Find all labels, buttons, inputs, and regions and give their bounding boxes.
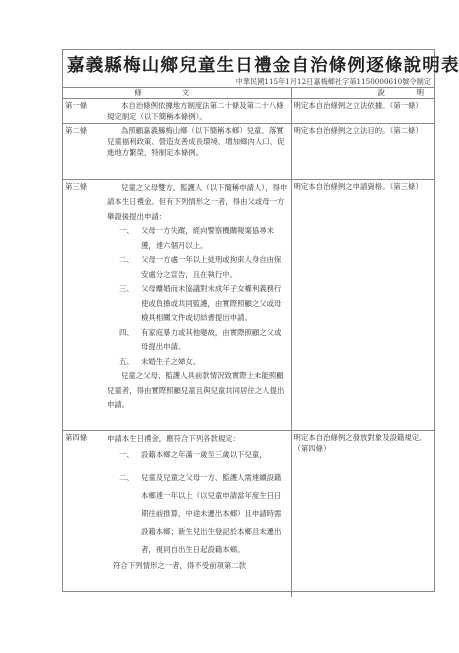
list-item: 二、兒童及兒童之父母一方、監護人需連續設籍本鄉達一年以上（以兒童申請當年度生日日… (107, 469, 289, 559)
article-intro: 兒童之父母雙方、監護人（以下簡稱申請人），得申請本生日禮金。但有下列情形之一者，… (65, 181, 289, 225)
table-row: 第一條 本自治條例依據地方制度法第二十條及第二十八條規定制定（以下簡稱本條例）。… (63, 99, 434, 124)
document-title: 嘉義縣梅山鄉兒童生日禮金自治條例逐條說明表 (63, 50, 434, 76)
explanation-cell: 明定本自治條例之申請資格。（第三條） (291, 179, 434, 430)
article-closing: 符合下列情形之一者，得不受前項第二款 (107, 559, 289, 573)
article-intro: 申請本生日禮金，應符合下列各款規定： (107, 432, 289, 447)
explanation-cell: 明定本自治條例之發放對象及設籍規定。（第四條） (291, 430, 434, 597)
article-text: 為照顧嘉義縣梅山鄉（以下簡稱本鄉）兒童、落實兒童福利政策、營造友善成長環境、增加… (65, 125, 289, 159)
list-item: 一、設籍本鄉之年滿一歲至三歲以下兒童， (107, 446, 289, 464)
article-cell: 第四條 申請本生日禮金，應符合下列各款規定： 一、設籍本鄉之年滿一歲至三歲以下兒… (63, 430, 291, 597)
table-row: 第三條 兒童之父母雙方、監護人（以下簡稱申請人），得申請本生日禮金。但有下列情形… (63, 179, 434, 430)
list-item: 五、未婚生子之婦女。 (107, 355, 289, 370)
document-page: 嘉義縣梅山鄉兒童生日禮金自治條例逐條說明表 中華民國115年1月12日嘉梅鄉社字… (62, 49, 435, 592)
table-row: 第二條 為照顧嘉義縣梅山鄉（以下簡稱本鄉）兒童、落實兒童福利政策、營造友善成長環… (63, 123, 434, 179)
header-explanation: 說 明 (291, 88, 434, 99)
list-item: 一、父母一方失蹤，經向警察機關報案協尋未獲，達六個月以上。 (107, 224, 289, 253)
explanation-cell: 明定本自治條例之立法依據。（第一條） (291, 99, 434, 124)
article-text: 本自治條例依據地方制度法第二十條及第二十八條規定制定（以下簡稱本條例）。 (65, 100, 289, 123)
article-cell: 第三條 兒童之父母雙方、監護人（以下簡稱申請人），得申請本生日禮金。但有下列情形… (63, 179, 291, 430)
header-article: 條 文 (63, 88, 291, 99)
list-item: 二、父母一方處一年以上徒刑或拘束人身自由保安處分之宣告，且在執行中。 (107, 253, 289, 282)
table-header: 條 文 說 明 (63, 88, 434, 99)
document-subtitle: 中華民國115年1月12日嘉梅鄉社字第1150000610號令制定 (63, 76, 434, 87)
article-cell: 第二條 為照顧嘉義縣梅山鄉（以下簡稱本鄉）兒童、落實兒童福利政策、營造友善成長環… (63, 123, 291, 179)
list-item: 三、父母離婚而未協議對未成年子女權利義務行使或負擔或共同監護，由實際照顧之父或母… (107, 282, 289, 326)
articles-table: 條 文 說 明 第一條 本自治條例依據地方制度法第二十條及第二十八條規定制定（以… (63, 87, 434, 597)
list-item: 四、有家庭暴力或其他變故，由實際照顧之父或母提出申請。 (107, 326, 289, 355)
table-row: 第四條 申請本生日禮金，應符合下列各款規定： 一、設籍本鄉之年滿一歲至三歲以下兒… (63, 430, 434, 597)
article-closing: 兒童之父母、監護人具前款情況致實際上未能照顧兒童者，得由實際照顧兒童且與兒童共同… (65, 369, 289, 413)
explanation-cell: 明定本自治條例之立法目的。（第二條） (291, 123, 434, 179)
article-number: 第四條 (65, 431, 107, 574)
article-cell: 第一條 本自治條例依據地方制度法第二十條及第二十八條規定制定（以下簡稱本條例）。 (63, 99, 291, 124)
